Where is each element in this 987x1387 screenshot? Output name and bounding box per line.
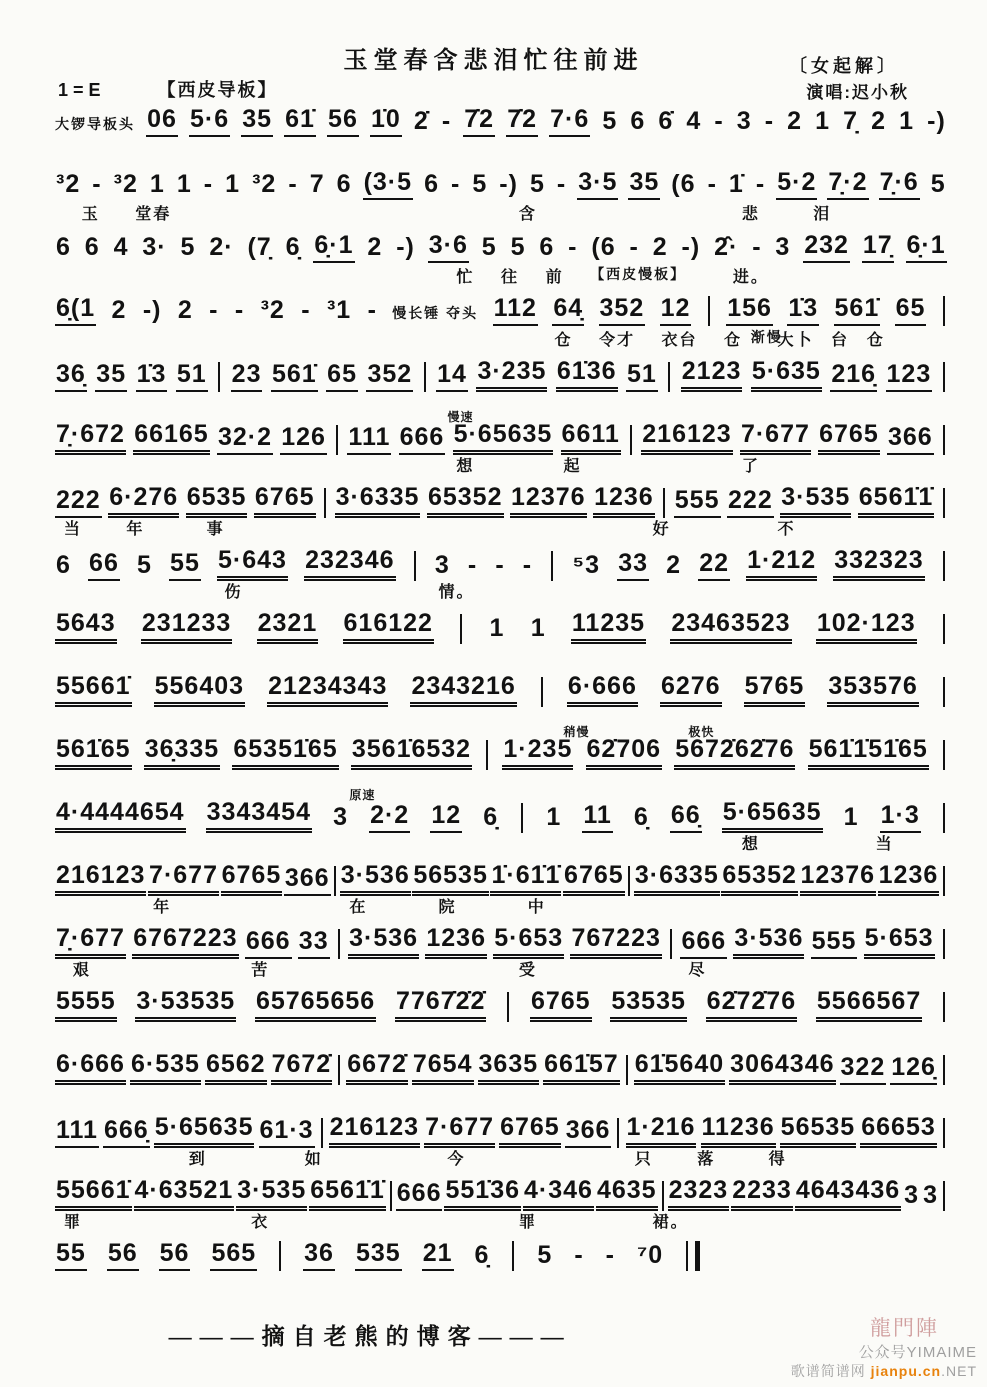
note-group: ³2 bbox=[113, 172, 139, 200]
barline bbox=[390, 1181, 392, 1211]
note-group: ³2 bbox=[55, 172, 81, 200]
lyric-syllable: 仓 bbox=[867, 327, 885, 350]
note-group: 6 bbox=[336, 172, 353, 200]
score-line-15: 55553·53535657656567767̇2̇2̇67655353562̇… bbox=[55, 978, 947, 1041]
lyric-syllable: 院 bbox=[439, 894, 457, 917]
note-group: 3·536 bbox=[348, 926, 419, 959]
barline bbox=[943, 614, 945, 644]
note-group: 5 bbox=[481, 235, 498, 263]
watermark-site-url: jianpu.cn bbox=[871, 1363, 941, 1379]
note-group: 2323 bbox=[668, 1178, 730, 1211]
lyric-syllable: 仓 bbox=[555, 327, 573, 350]
lyric-syllable: 往 bbox=[501, 264, 519, 287]
inline-percussion-label: 慢长锤 夺头 bbox=[392, 306, 478, 326]
barline bbox=[279, 1241, 281, 1271]
note-group: 3 bbox=[774, 235, 791, 263]
lyric-syllable: 进。 bbox=[733, 264, 769, 287]
note-group: 5 bbox=[601, 109, 618, 137]
note-group: 7 bbox=[309, 172, 326, 200]
tempo-mark: 原速 bbox=[349, 786, 375, 803]
note-group: ⁵3 bbox=[571, 553, 601, 581]
notation-row: 111666̣5·6563561·32161237·67767653661·21… bbox=[55, 1115, 947, 1148]
note-group: 353576 bbox=[827, 674, 918, 707]
note-group: 666 bbox=[245, 929, 292, 959]
note-group: 1 bbox=[545, 805, 562, 833]
note-group: 1236 bbox=[425, 926, 487, 959]
note-group: 1̇·61̇1̇ bbox=[490, 863, 561, 896]
note-group: 23 bbox=[231, 362, 263, 392]
note-group: 5 bbox=[930, 172, 947, 200]
notation-row: ³2-³211-1³2-76(3·56-5-)5-3·535(6-1̇-5·27… bbox=[55, 170, 947, 200]
note-group: 4·4444654 bbox=[55, 800, 186, 833]
note-group: 322 bbox=[840, 1055, 887, 1085]
lyric-syllable: 好 bbox=[653, 516, 671, 539]
barline bbox=[943, 425, 945, 455]
note-group: 666̣ bbox=[103, 1118, 150, 1148]
lyric-syllable: 受 bbox=[519, 957, 537, 980]
note-group: 5·653 bbox=[864, 926, 935, 959]
note-group: 1 bbox=[530, 616, 547, 644]
barline bbox=[424, 362, 426, 392]
lyric-syllable: 当 bbox=[876, 831, 894, 854]
note-group: 6765 bbox=[530, 989, 592, 1022]
note-group: 65352 bbox=[427, 485, 504, 518]
note-group: 5643 bbox=[55, 611, 117, 644]
score-line-1: 大锣导板头065·63561̇561̇02̇-7̇27̇27·6566̇4-3-… bbox=[55, 96, 947, 159]
note-group: 332323 bbox=[833, 548, 924, 581]
note-group: 21234343 bbox=[267, 674, 388, 707]
note-group: 32·2 bbox=[217, 425, 273, 455]
note-group: 6 bbox=[629, 109, 646, 137]
note-group: 3·6335 bbox=[634, 863, 720, 896]
score-line-9: 56432312332321616122111123523463523102·1… bbox=[55, 600, 947, 663]
barline bbox=[551, 551, 553, 581]
note-group: 3·536 bbox=[733, 926, 804, 959]
note-group: 7̣·677 bbox=[55, 926, 126, 959]
barline bbox=[628, 866, 630, 896]
note-group: 1 bbox=[843, 805, 860, 833]
lyric-syllable: 年 bbox=[153, 894, 171, 917]
note-group: 5 bbox=[471, 172, 488, 200]
barline bbox=[321, 1118, 323, 1148]
note-group: 2 bbox=[111, 298, 128, 326]
note-group: 666 bbox=[680, 929, 727, 959]
note-group: 6561̇1̇ bbox=[309, 1178, 386, 1211]
note-group: 112 bbox=[493, 296, 538, 326]
note-group: 12376 bbox=[510, 485, 587, 518]
note-group: - bbox=[208, 298, 219, 326]
note-group: 6767223 bbox=[132, 926, 238, 959]
lyric-syllable: 情。 bbox=[439, 579, 475, 602]
note-group: 5 bbox=[529, 172, 546, 200]
note-group: 4 bbox=[113, 235, 130, 263]
barline bbox=[507, 992, 509, 1022]
note-group: (3·5 bbox=[363, 170, 413, 200]
note-group: 2343216 bbox=[410, 674, 516, 707]
lyric-syllable: 罪 bbox=[64, 1209, 82, 1232]
lyric-syllable: 罪 bbox=[519, 1209, 537, 1232]
note-group: -) bbox=[926, 109, 947, 137]
note-group: 1 bbox=[489, 616, 506, 644]
note-group: 7654 bbox=[412, 1052, 474, 1085]
lyric-syllable: 想 bbox=[456, 453, 474, 476]
note-group: 23463523 bbox=[670, 611, 791, 644]
lyric-syllable: 了 bbox=[742, 453, 760, 476]
note-group: 35 bbox=[241, 107, 273, 137]
note-group: - bbox=[567, 235, 578, 263]
note-group: 66̣ bbox=[670, 803, 702, 833]
note-group: - bbox=[367, 298, 378, 326]
barline bbox=[662, 1181, 664, 1211]
note-group: 2·2 bbox=[369, 803, 410, 833]
barline bbox=[486, 740, 488, 770]
notation-row: 2226·276653567653·6335653521237612365552… bbox=[55, 485, 947, 518]
note-group: 366 bbox=[565, 1118, 612, 1148]
note-group: - bbox=[234, 298, 245, 326]
barline bbox=[943, 362, 945, 392]
note-group: 06 bbox=[146, 107, 178, 137]
note-group: 7̇2 bbox=[463, 107, 495, 137]
lyric-syllable: 苦 bbox=[251, 957, 269, 980]
note-group: 156 bbox=[726, 296, 773, 326]
note-group: 6276 bbox=[660, 674, 722, 707]
score-line-18: 55661̇4·635213·5356561̇1̇666551̇364·3464… bbox=[55, 1167, 947, 1230]
note-group: 231233 bbox=[141, 611, 232, 644]
note-group: 61·3 bbox=[259, 1118, 315, 1148]
note-group: 62̇72̇76 bbox=[706, 989, 797, 1022]
score-line-3: 6643·52·(7̣6̣6̣·12-)3·6556-(6-2-)2̂·-323… bbox=[55, 222, 947, 285]
note-group: 17̣ bbox=[862, 233, 894, 263]
note-group: 6·666 bbox=[55, 1052, 126, 1085]
note-group: -) bbox=[142, 298, 163, 326]
barline bbox=[663, 488, 665, 518]
barline bbox=[338, 1055, 340, 1085]
note-group: 61̇ bbox=[284, 107, 316, 137]
note-group: 616122 bbox=[343, 611, 434, 644]
note-group: 65 bbox=[326, 362, 358, 392]
note-group: 6̣ bbox=[285, 235, 302, 263]
score-line-10: 55661̇5564032123434323432166·66662765765… bbox=[55, 663, 947, 726]
note-group: 1·3 bbox=[880, 803, 921, 833]
barline bbox=[521, 803, 523, 833]
note-group: 7̣·6 bbox=[879, 170, 920, 200]
note-group: -) bbox=[681, 235, 702, 263]
note-group: 6·666 bbox=[567, 674, 638, 707]
lyric-syllable: 仓 bbox=[724, 327, 742, 350]
note-group: 1236 bbox=[593, 485, 655, 518]
note-group: 35 bbox=[628, 170, 660, 200]
barline bbox=[943, 740, 945, 770]
note-group: 35 bbox=[95, 362, 127, 392]
lyric-syllable: 只 bbox=[635, 1146, 653, 1169]
note-group: 5·643 bbox=[217, 548, 288, 581]
barline bbox=[338, 929, 340, 959]
opera-role-note: 〔女起解〕 bbox=[789, 52, 899, 78]
notation-row: 55553·53535657656567767̇2̇2̇67655353562̇… bbox=[55, 989, 947, 1022]
notation-row: 561̇6536̣33565351̇653561̇65321·23562̇706… bbox=[55, 737, 947, 770]
note-group: 5765 bbox=[744, 674, 806, 707]
note-group: 352 bbox=[599, 296, 646, 326]
note-group: 3 bbox=[922, 1183, 939, 1211]
note-group: 6535 bbox=[186, 485, 248, 518]
barline bbox=[943, 1181, 945, 1211]
note-group: 126 bbox=[280, 425, 327, 455]
note-group: 33 bbox=[617, 551, 649, 581]
note-group: 6765 bbox=[499, 1115, 561, 1148]
note-group: 1̇3 bbox=[136, 362, 168, 392]
note-group: 56 bbox=[107, 1241, 139, 1271]
lyric-syllable: 得 bbox=[769, 1146, 787, 1169]
note-group: 352 bbox=[366, 362, 413, 392]
note-group: 3· bbox=[141, 235, 167, 263]
watermark-site-suffix: .NET bbox=[941, 1363, 977, 1379]
note-group: 6 bbox=[423, 172, 440, 200]
watermark-wechat: 公众号YIMAIME bbox=[859, 1341, 977, 1362]
score-line-12: 4·4444654334345432·2126̣1116̣66̣5·656351… bbox=[55, 789, 947, 852]
score-line-4: 6̣(12-)2--³2-³1-慢长锤 夺头11264̣352121561̇35… bbox=[55, 285, 947, 348]
lyric-syllable: 落 bbox=[697, 1146, 715, 1169]
note-group: ³1 bbox=[326, 298, 352, 326]
barline bbox=[670, 929, 672, 959]
score-line-5: 36̣351̇35123561̇65352143·23561̇365121235… bbox=[55, 348, 947, 411]
tempo-mark: 稍慢 bbox=[563, 723, 589, 740]
note-group: 11 bbox=[582, 803, 612, 833]
note-group: 55661̇ bbox=[55, 674, 132, 707]
note-group: 61̇36 bbox=[556, 359, 618, 392]
note-group: 21 bbox=[422, 1241, 454, 1271]
note-group: 2̇ bbox=[413, 109, 430, 137]
note-group: 3635 bbox=[478, 1052, 540, 1085]
note-group: 3·535 bbox=[780, 485, 851, 518]
barline bbox=[512, 1241, 514, 1271]
note-group: 5·6 bbox=[189, 107, 230, 137]
barline bbox=[943, 551, 945, 581]
lyric-syllable: 前 bbox=[546, 264, 564, 287]
note-group: -) bbox=[395, 235, 416, 263]
note-group: 5672̇62̇76 bbox=[674, 737, 795, 770]
note-group: 53535 bbox=[610, 989, 687, 1022]
note-group: 7767̇2̇2̇ bbox=[395, 989, 486, 1022]
lyric-syllable: 如 bbox=[305, 1146, 323, 1169]
note-group: ³2 bbox=[251, 172, 277, 200]
note-group: 6561̇1̇ bbox=[858, 485, 935, 518]
barline bbox=[943, 488, 945, 518]
note-group: 5·653 bbox=[493, 926, 564, 959]
note-group: 535 bbox=[355, 1241, 402, 1271]
note-group: 6̣·1 bbox=[313, 233, 354, 263]
note-group: - bbox=[629, 235, 640, 263]
notation-row: 2161237·67767653663·536565351̇·61̇1̇6765… bbox=[55, 863, 947, 896]
lyric-syllable: 含 bbox=[519, 201, 537, 224]
note-group: 4 bbox=[685, 109, 702, 137]
note-group: 6 bbox=[55, 235, 72, 263]
score-line-19: 55565656536535216̣5--⁷0 bbox=[55, 1230, 947, 1293]
note-group: 3 bbox=[332, 805, 349, 833]
note-group: 1̇0 bbox=[370, 107, 402, 137]
note-group: - bbox=[203, 172, 214, 200]
note-group: 111 bbox=[55, 1118, 99, 1148]
note-group: 561̇65 bbox=[55, 737, 132, 770]
barline bbox=[943, 929, 945, 959]
note-group: 123 bbox=[886, 362, 933, 392]
score-line-6: 7̣·6726616532·21261116665·65635661121612… bbox=[55, 411, 947, 474]
note-group: 22 bbox=[698, 551, 730, 581]
note-group: 6611 bbox=[561, 422, 621, 455]
barline bbox=[943, 803, 945, 833]
note-group: 12 bbox=[660, 296, 692, 326]
note-group: 6 bbox=[538, 235, 555, 263]
note-group: 6562 bbox=[205, 1052, 267, 1085]
note-group: 36 bbox=[303, 1241, 335, 1271]
barline bbox=[943, 1118, 945, 1148]
note-group: 216123 bbox=[329, 1115, 420, 1148]
note-group: 2 bbox=[665, 553, 682, 581]
note-group: 51 bbox=[176, 362, 208, 392]
note-group: 561̇1̇51̇65 bbox=[808, 737, 929, 770]
note-group: 6̣(1 bbox=[55, 296, 96, 326]
note-group: 61̇5640 bbox=[634, 1052, 725, 1085]
note-group: - bbox=[605, 1243, 616, 1271]
note-group: 1·216 bbox=[626, 1115, 697, 1148]
note-group: - bbox=[556, 172, 567, 200]
note-group: 5 bbox=[136, 553, 153, 581]
note-group: 14 bbox=[436, 362, 468, 392]
lyric-syllable: 事 bbox=[207, 516, 225, 539]
note-group: 2 bbox=[652, 235, 669, 263]
watermark-seal: 龍門陣 bbox=[870, 1312, 939, 1342]
barline bbox=[460, 614, 462, 644]
lyric-syllable: 不 bbox=[778, 516, 796, 539]
note-group: - bbox=[494, 553, 505, 581]
barline bbox=[943, 866, 945, 896]
note-group: - bbox=[707, 172, 718, 200]
note-group: 55 bbox=[169, 551, 201, 581]
barline bbox=[617, 1118, 619, 1148]
note-group: 6̣ bbox=[474, 1243, 491, 1271]
notation-row: 4·4444654334345432·2126̣1116̣66̣5·656351… bbox=[55, 800, 947, 833]
note-group: 5·65635 bbox=[453, 422, 554, 455]
score-body: 大锣导板头065·63561̇561̇02̇-7̇27̇27·6566̇4-3-… bbox=[55, 96, 947, 1293]
note-group: 5 bbox=[180, 235, 197, 263]
note-group: 1 bbox=[176, 172, 193, 200]
note-group: 56 bbox=[159, 1241, 191, 1271]
note-group: 6765 bbox=[563, 863, 625, 896]
note-group: 126̣ bbox=[890, 1055, 937, 1085]
notation-row: 6̣(12-)2--³2-³1-慢长锤 夺头11264̣352121561̇35… bbox=[55, 296, 947, 326]
note-group: 561̇ bbox=[834, 296, 881, 326]
note-group: 6765 bbox=[818, 422, 880, 455]
note-group: 1·212 bbox=[746, 548, 817, 581]
note-group: 56535 bbox=[780, 1115, 857, 1148]
note-group: 222 bbox=[55, 488, 102, 518]
barline bbox=[630, 425, 632, 455]
note-group: - bbox=[300, 298, 311, 326]
note-group: 2321 bbox=[257, 611, 319, 644]
note-group: -) bbox=[498, 172, 519, 200]
watermark-site: 歌谱简谱网 jianpu.cn.NET bbox=[791, 1361, 977, 1381]
note-group: 65351̇65 bbox=[232, 737, 338, 770]
note-group: 1 bbox=[149, 172, 166, 200]
note-group: 12376 bbox=[800, 863, 877, 896]
note-group: 666 bbox=[399, 425, 446, 455]
note-group: 7672̇ bbox=[271, 1052, 333, 1085]
note-group: 1·235 bbox=[502, 737, 573, 770]
lyric-syllable: 堂春 bbox=[135, 201, 171, 224]
note-group: 556403 bbox=[154, 674, 245, 707]
note-group: 3 bbox=[736, 109, 753, 137]
note-group: - bbox=[91, 172, 102, 200]
note-group: 5·2 bbox=[776, 170, 817, 200]
note-group: 3·536 bbox=[340, 863, 411, 896]
notation-row: 6665555·6432323463---⁵3332221·212332323 bbox=[55, 548, 947, 581]
note-group: - bbox=[713, 109, 724, 137]
notation-row: 56432312332321616122111123523463523102·1… bbox=[55, 611, 947, 644]
score-line-13: 2161237·67767653663·536565351̇·61̇1̇6765… bbox=[55, 852, 947, 915]
note-group: - bbox=[522, 553, 533, 581]
lyric-syllable: 伤 bbox=[224, 579, 242, 602]
lyric-syllable: 泪 bbox=[813, 201, 831, 224]
note-group: 2233 bbox=[731, 1178, 793, 1211]
note-group: 4·346 bbox=[523, 1178, 594, 1211]
note-group: 4635 bbox=[596, 1178, 658, 1211]
note-group: 12 bbox=[430, 803, 462, 833]
note-group: (6 bbox=[590, 235, 616, 263]
note-group: 1236 bbox=[878, 863, 940, 896]
note-group: 11236 bbox=[701, 1115, 776, 1148]
note-group: 6̇ bbox=[657, 109, 674, 137]
lyric-syllable: 尽 bbox=[688, 957, 706, 980]
note-group: - bbox=[751, 235, 762, 263]
barline bbox=[541, 677, 543, 707]
score-line-7: 2226·276653567653·6335653521237612365552… bbox=[55, 474, 947, 537]
note-group: 2 bbox=[786, 109, 803, 137]
note-group: 7̇2 bbox=[506, 107, 538, 137]
note-group: 6672̇ bbox=[346, 1052, 408, 1085]
barline bbox=[336, 425, 338, 455]
note-group: 3·6335 bbox=[335, 485, 421, 518]
note-group: 7·677 bbox=[148, 863, 219, 896]
note-group: 555 bbox=[811, 929, 858, 959]
note-group: ⁷0 bbox=[636, 1243, 664, 1271]
notation-row: 6643·52·(7̣6̣6̣·12-)3·6556-(6-2-)2̂·-323… bbox=[55, 233, 947, 263]
note-group: 6·276 bbox=[108, 485, 179, 518]
lyric-syllable: 裙。 bbox=[653, 1209, 689, 1232]
note-group: 5555 bbox=[55, 989, 117, 1022]
note-group: 366 bbox=[284, 866, 331, 896]
lyric-syllable: 到 bbox=[189, 1146, 207, 1169]
barline bbox=[334, 866, 336, 896]
note-group: 216123 bbox=[55, 863, 146, 896]
note-group: 66653 bbox=[860, 1115, 937, 1148]
lyric-syllable: 今 bbox=[447, 1146, 465, 1169]
note-group: 1̇3 bbox=[787, 296, 819, 326]
barline bbox=[943, 296, 945, 326]
note-group: 3 bbox=[434, 553, 451, 581]
footer-source: ———摘自老熊的博客——— bbox=[0, 1318, 740, 1351]
note-group: 7̣·672 bbox=[55, 422, 126, 455]
note-group: 4643436 bbox=[795, 1178, 901, 1211]
note-group: 3·235 bbox=[476, 359, 547, 392]
note-group: 3·5 bbox=[577, 170, 618, 200]
note-group: 222 bbox=[727, 488, 774, 518]
note-group: 6765 bbox=[254, 485, 316, 518]
note-group: 102·123 bbox=[816, 611, 917, 644]
lyric-syllable: 玉 bbox=[82, 201, 100, 224]
lyric-syllable: 年 bbox=[126, 516, 144, 539]
note-group: 565 bbox=[210, 1241, 257, 1271]
notation-row: 55661̇4·635213·5356561̇1̇666551̇364·3464… bbox=[55, 1178, 947, 1211]
note-group: 111 bbox=[347, 425, 391, 455]
